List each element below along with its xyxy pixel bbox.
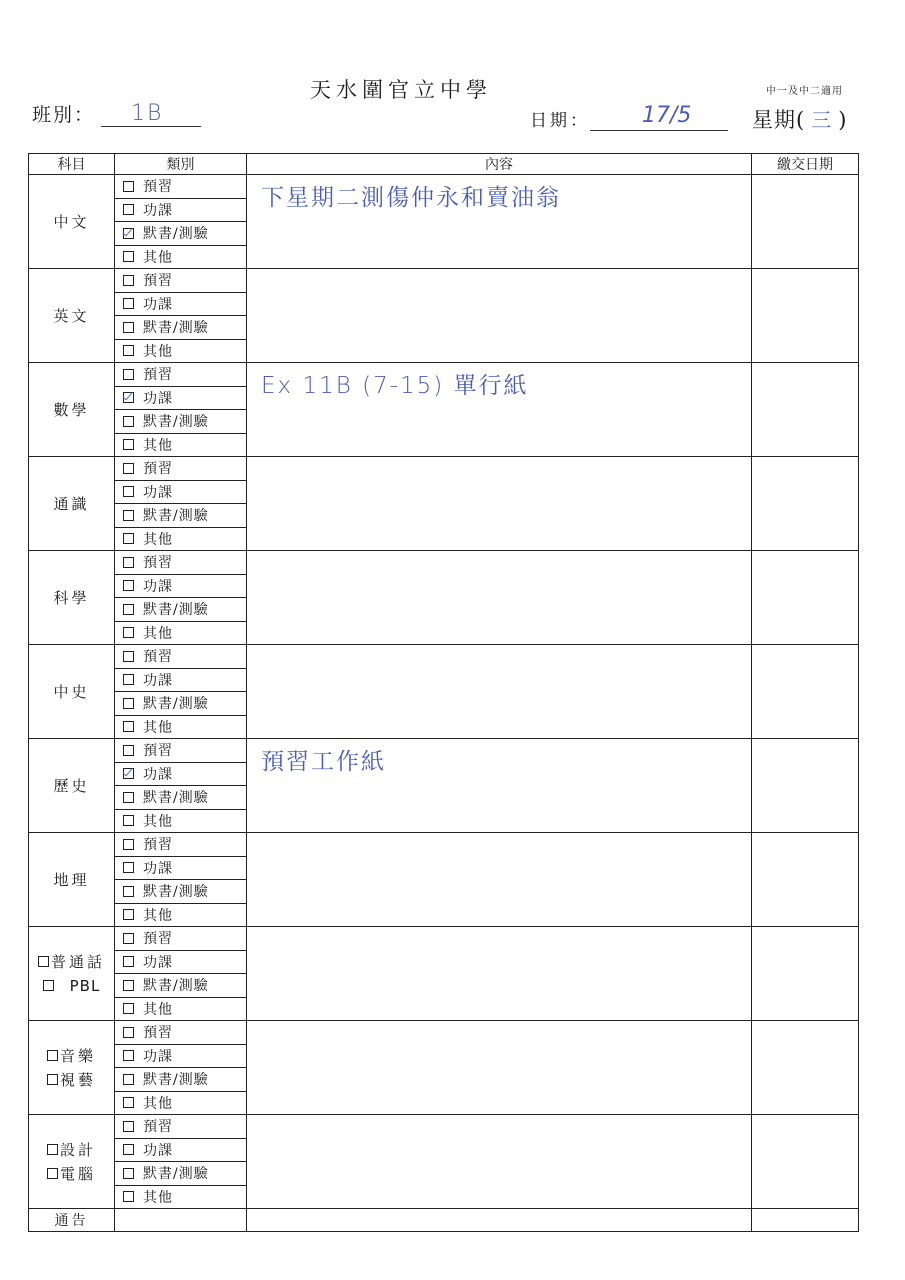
due-date-cell[interactable] xyxy=(752,363,859,457)
category-label: 功課 xyxy=(143,203,173,219)
category-label: 其他 xyxy=(143,626,173,642)
category-label: 默書/測驗 xyxy=(143,1166,209,1182)
category-label: 其他 xyxy=(143,1096,173,1112)
table-row: 地理預習 xyxy=(29,833,859,857)
subject-cell: 英文 xyxy=(29,269,115,363)
subject-option-label: 普通話 xyxy=(51,953,105,971)
category-label: 預習 xyxy=(143,1119,173,1135)
subject-name: 科學 xyxy=(53,589,89,607)
category-label: 預習 xyxy=(143,461,173,477)
checkbox-icon[interactable] xyxy=(47,1050,58,1061)
notice-row: 通告 xyxy=(29,1209,859,1232)
category-option[interactable]: 其他 xyxy=(115,433,247,457)
subject-option[interactable]: 電腦 xyxy=(29,1162,114,1186)
category-label: 其他 xyxy=(143,1190,173,1206)
class-label: 班別： xyxy=(32,104,95,126)
class-input[interactable]: 1B xyxy=(101,100,201,127)
checkbox-icon[interactable] xyxy=(47,1168,58,1179)
subject-name: 歷史 xyxy=(53,777,89,795)
subject-option-label: 電腦 xyxy=(60,1165,96,1183)
table-row: 中史預習 xyxy=(29,645,859,669)
due-date-cell[interactable] xyxy=(752,1115,859,1209)
checkbox-icon[interactable] xyxy=(123,1121,134,1132)
checkbox-icon[interactable] xyxy=(123,792,134,803)
due-date-cell[interactable] xyxy=(752,833,859,927)
content-cell[interactable] xyxy=(247,833,752,927)
category-option[interactable]: 功課 xyxy=(115,198,247,222)
subject-name: 中史 xyxy=(53,683,89,701)
category-label: 其他 xyxy=(143,720,173,736)
weekday-label-close: ) xyxy=(838,108,847,132)
due-date-cell[interactable] xyxy=(752,645,859,739)
checkbox-icon[interactable] xyxy=(123,933,134,944)
category-option[interactable]: 默書/測驗 xyxy=(115,410,247,434)
category-option[interactable]: 功課 xyxy=(115,574,247,598)
applies-to-note: 中一及中二適用 xyxy=(766,82,843,97)
category-option[interactable]: 預習 xyxy=(115,175,247,199)
subject-cell: 通識 xyxy=(29,457,115,551)
checkbox-icon[interactable] xyxy=(123,815,134,826)
category-option[interactable]: 功課 xyxy=(115,668,247,692)
subject-cell: 地理 xyxy=(29,833,115,927)
subject-option-label: 設計 xyxy=(60,1141,96,1159)
due-date-cell[interactable] xyxy=(752,1021,859,1115)
checkbox-icon[interactable] xyxy=(123,486,134,497)
category-label: 預習 xyxy=(143,555,173,571)
category-option[interactable]: 預習 xyxy=(115,833,247,857)
category-label: 功課 xyxy=(143,579,173,595)
category-label: 其他 xyxy=(143,250,173,266)
content-cell[interactable] xyxy=(247,927,752,1021)
category-option[interactable]: 默書/測驗 xyxy=(115,786,247,810)
category-option[interactable]: 默書/測驗 xyxy=(115,692,247,716)
category-label: 默書/測驗 xyxy=(143,508,209,524)
checkbox-icon[interactable] xyxy=(123,698,134,709)
content-text: 下星期二測傷仲永和賣油翁 xyxy=(261,179,561,212)
category-label: 默書/測驗 xyxy=(143,320,209,336)
category-label: 其他 xyxy=(143,1002,173,1018)
checkbox-icon[interactable] xyxy=(123,1003,134,1014)
subject-option[interactable]: 普通話 xyxy=(29,950,114,974)
content-text: Ex 11B (7-15) 單行紙 xyxy=(261,367,529,400)
category-label: 默書/測驗 xyxy=(143,602,209,618)
category-label: 功課 xyxy=(143,391,173,407)
category-label: 其他 xyxy=(143,532,173,548)
category-option[interactable]: 其他 xyxy=(115,809,247,833)
subject-cell: 科學 xyxy=(29,551,115,645)
category-label: 功課 xyxy=(143,955,173,971)
due-date-cell[interactable] xyxy=(752,927,859,1021)
category-label: 預習 xyxy=(143,273,173,289)
content-cell[interactable] xyxy=(247,457,752,551)
checkbox-icon[interactable] xyxy=(123,1074,134,1085)
checkbox-icon[interactable] xyxy=(123,862,134,873)
category-label: 預習 xyxy=(143,837,173,853)
col-header-subject: 科目 xyxy=(29,154,115,175)
due-date-cell[interactable] xyxy=(752,175,859,269)
table-row: 科學預習 xyxy=(29,551,859,575)
category-option[interactable]: 默書/測驗 xyxy=(115,316,247,340)
checkbox-icon[interactable] xyxy=(123,980,134,991)
category-label: 默書/測驗 xyxy=(143,696,209,712)
subject-name: 英文 xyxy=(53,307,89,325)
content-cell[interactable] xyxy=(247,645,752,739)
category-option[interactable]: 其他 xyxy=(115,903,247,927)
checkbox-icon[interactable] xyxy=(123,1050,134,1061)
category-label: 其他 xyxy=(143,344,173,360)
category-label: 預習 xyxy=(143,367,173,383)
checkbox-icon[interactable] xyxy=(43,980,54,991)
subject-option[interactable]: PBL xyxy=(29,974,114,998)
subject-cell: 普通話PBL xyxy=(29,927,115,1021)
subject-name: 中文 xyxy=(53,213,89,231)
checkbox-icon[interactable] xyxy=(123,909,134,920)
col-header-category: 類別 xyxy=(115,154,247,175)
checkbox-icon[interactable] xyxy=(38,956,49,967)
checkbox-icon[interactable] xyxy=(123,557,134,568)
content-cell[interactable]: 下星期二測傷仲永和賣油翁 xyxy=(247,175,752,269)
table-row: 設計電腦預習 xyxy=(29,1115,859,1139)
category-option[interactable]: 預習 xyxy=(115,551,247,575)
school-name: 天水圍官立中學 xyxy=(310,74,492,104)
category-option[interactable]: 預習 xyxy=(115,645,247,669)
checkbox-icon[interactable] xyxy=(123,674,134,685)
subject-option-label: PBL xyxy=(70,977,101,995)
category-option[interactable]: 預習 xyxy=(115,1021,247,1045)
category-option[interactable]: 其他 xyxy=(115,245,247,269)
table-header-row: 科目 類別 內容 繳交日期 xyxy=(29,154,859,175)
category-label: 預習 xyxy=(143,743,173,759)
checkbox-icon[interactable] xyxy=(123,1168,134,1179)
subject-name: 地理 xyxy=(53,871,89,889)
checked-checkbox-icon[interactable] xyxy=(123,392,134,403)
checkbox-icon[interactable] xyxy=(123,604,134,615)
category-option[interactable]: 默書/測驗 xyxy=(115,880,247,904)
category-option[interactable]: 功課 xyxy=(115,1138,247,1162)
subject-cell: 設計電腦 xyxy=(29,1115,115,1209)
category-label: 默書/測驗 xyxy=(143,1072,209,1088)
checkbox-icon[interactable] xyxy=(123,463,134,474)
col-header-due-date: 繳交日期 xyxy=(752,154,859,175)
checkbox-icon[interactable] xyxy=(123,298,134,309)
category-label: 默書/測驗 xyxy=(143,226,209,242)
category-label: 默書/測驗 xyxy=(143,414,209,430)
checkbox-icon[interactable] xyxy=(123,369,134,380)
category-option[interactable]: 默書/測驗 xyxy=(115,974,247,998)
category-label: 預習 xyxy=(143,649,173,665)
date-label: 日期： xyxy=(530,111,590,131)
checked-checkbox-icon[interactable] xyxy=(123,228,134,239)
checkbox-icon[interactable] xyxy=(123,416,134,427)
category-option[interactable]: 預習 xyxy=(115,1115,247,1139)
weekday-value[interactable]: 三 xyxy=(805,108,838,132)
checkbox-icon[interactable] xyxy=(123,510,134,521)
category-label: 功課 xyxy=(143,485,173,501)
subject-option-label: 音樂 xyxy=(60,1047,96,1065)
content-cell[interactable] xyxy=(247,1021,752,1115)
checkbox-icon[interactable] xyxy=(123,204,134,215)
category-option[interactable]: 預習 xyxy=(115,269,247,293)
subject-option[interactable]: 音樂 xyxy=(29,1044,114,1068)
table-row: 歷史預習預習工作紙 xyxy=(29,739,859,763)
homework-table: 科目 類別 內容 繳交日期 中文預習下星期二測傷仲永和賣油翁功課默書/測驗其他英… xyxy=(28,153,859,1232)
subject-option[interactable]: 視藝 xyxy=(29,1068,114,1092)
notice-cell-category[interactable] xyxy=(115,1209,247,1232)
checkbox-icon[interactable] xyxy=(123,886,134,897)
due-date-cell[interactable] xyxy=(752,551,859,645)
category-option[interactable]: 其他 xyxy=(115,715,247,739)
checkbox-icon[interactable] xyxy=(123,533,134,544)
weekday-label-open: 星期( xyxy=(752,108,805,132)
category-option[interactable]: 預習 xyxy=(115,739,247,763)
checkbox-icon[interactable] xyxy=(123,1097,134,1108)
category-label: 功課 xyxy=(143,673,173,689)
category-option[interactable]: 其他 xyxy=(115,1091,247,1115)
checkbox-icon[interactable] xyxy=(123,627,134,638)
category-option[interactable]: 其他 xyxy=(115,621,247,645)
content-cell[interactable]: Ex 11B (7-15) 單行紙 xyxy=(247,363,752,457)
subject-cell: 數學 xyxy=(29,363,115,457)
category-label: 預習 xyxy=(143,1025,173,1041)
category-label: 默書/測驗 xyxy=(143,884,209,900)
table-row: 音樂視藝預習 xyxy=(29,1021,859,1045)
due-date-cell[interactable] xyxy=(752,269,859,363)
notice-cell-due[interactable] xyxy=(752,1209,859,1232)
category-option[interactable]: 預習 xyxy=(115,927,247,951)
checkbox-icon[interactable] xyxy=(123,322,134,333)
category-label: 功課 xyxy=(143,297,173,313)
due-date-cell[interactable] xyxy=(752,739,859,833)
checkbox-icon[interactable] xyxy=(47,1074,58,1085)
category-label: 其他 xyxy=(143,438,173,454)
col-header-content: 內容 xyxy=(247,154,752,175)
category-option[interactable]: 默書/測驗 xyxy=(115,1162,247,1186)
checkbox-icon[interactable] xyxy=(123,721,134,732)
category-label: 默書/測驗 xyxy=(143,978,209,994)
checkbox-icon[interactable] xyxy=(123,956,134,967)
checkbox-icon[interactable] xyxy=(123,1027,134,1038)
category-option[interactable]: 其他 xyxy=(115,339,247,363)
date-input[interactable]: 17/5 xyxy=(590,106,728,131)
category-option[interactable]: 預習 xyxy=(115,363,247,387)
checkbox-icon[interactable] xyxy=(123,745,134,756)
class-value: 1B xyxy=(131,101,163,126)
checkbox-icon[interactable] xyxy=(123,251,134,262)
category-option[interactable]: 其他 xyxy=(115,1185,247,1209)
checkbox-icon[interactable] xyxy=(123,275,134,286)
checkbox-icon[interactable] xyxy=(123,580,134,591)
table-row: 通識預習 xyxy=(29,457,859,481)
checkbox-icon[interactable] xyxy=(123,651,134,662)
category-label: 其他 xyxy=(143,908,173,924)
category-option[interactable]: 功課 xyxy=(115,292,247,316)
weekday-field: 星期(三) xyxy=(752,104,847,134)
date-field: 日期：17/5 xyxy=(530,106,728,131)
category-option[interactable]: 功課 xyxy=(115,480,247,504)
category-label: 默書/測驗 xyxy=(143,790,209,806)
table-row: 普通話PBL預習 xyxy=(29,927,859,951)
content-cell[interactable] xyxy=(247,551,752,645)
table-row: 中文預習下星期二測傷仲永和賣油翁 xyxy=(29,175,859,199)
category-option[interactable]: 功課 xyxy=(115,1044,247,1068)
table-row: 英文預習 xyxy=(29,269,859,293)
content-text: 預習工作紙 xyxy=(261,743,386,776)
date-value: 17/5 xyxy=(642,103,691,128)
checkbox-icon[interactable] xyxy=(123,839,134,850)
table-row: 數學預習Ex 11B (7-15) 單行紙 xyxy=(29,363,859,387)
category-option[interactable]: 默書/測驗 xyxy=(115,1068,247,1092)
subject-option-label: 視藝 xyxy=(60,1071,96,1089)
checkbox-icon[interactable] xyxy=(123,1144,134,1155)
subject-option[interactable]: 設計 xyxy=(29,1138,114,1162)
category-option[interactable]: 其他 xyxy=(115,527,247,551)
category-label: 預習 xyxy=(143,931,173,947)
subject-cell: 中文 xyxy=(29,175,115,269)
category-label: 功課 xyxy=(143,861,173,877)
subject-cell: 中史 xyxy=(29,645,115,739)
checkbox-icon[interactable] xyxy=(123,345,134,356)
category-option[interactable]: 功課 xyxy=(115,386,247,410)
notice-label: 通告 xyxy=(29,1209,115,1232)
category-option[interactable]: 默書/測驗 xyxy=(115,504,247,528)
content-cell[interactable] xyxy=(247,269,752,363)
category-option[interactable]: 功課 xyxy=(115,856,247,880)
category-option[interactable]: 預習 xyxy=(115,457,247,481)
subject-cell: 歷史 xyxy=(29,739,115,833)
subject-name: 數學 xyxy=(53,401,89,419)
due-date-cell[interactable] xyxy=(752,457,859,551)
category-option[interactable]: 功課 xyxy=(115,950,247,974)
subject-cell: 音樂視藝 xyxy=(29,1021,115,1115)
category-label: 功課 xyxy=(143,1049,173,1065)
class-field: 班別：1B xyxy=(32,100,201,127)
checkbox-icon[interactable] xyxy=(123,181,134,192)
checkbox-icon[interactable] xyxy=(123,439,134,450)
category-label: 功課 xyxy=(143,1143,173,1159)
category-label: 其他 xyxy=(143,814,173,830)
category-label: 功課 xyxy=(143,767,173,783)
category-option[interactable]: 功課 xyxy=(115,762,247,786)
category-option[interactable]: 其他 xyxy=(115,997,247,1021)
checkbox-icon[interactable] xyxy=(47,1144,58,1155)
category-option[interactable]: 默書/測驗 xyxy=(115,222,247,246)
content-cell[interactable]: 預習工作紙 xyxy=(247,739,752,833)
subject-name: 通識 xyxy=(53,495,89,513)
notice-cell-content[interactable] xyxy=(247,1209,752,1232)
category-option[interactable]: 默書/測驗 xyxy=(115,598,247,622)
checked-checkbox-icon[interactable] xyxy=(123,768,134,779)
content-cell[interactable] xyxy=(247,1115,752,1209)
checkbox-icon[interactable] xyxy=(123,1191,134,1202)
category-label: 預習 xyxy=(143,179,173,195)
